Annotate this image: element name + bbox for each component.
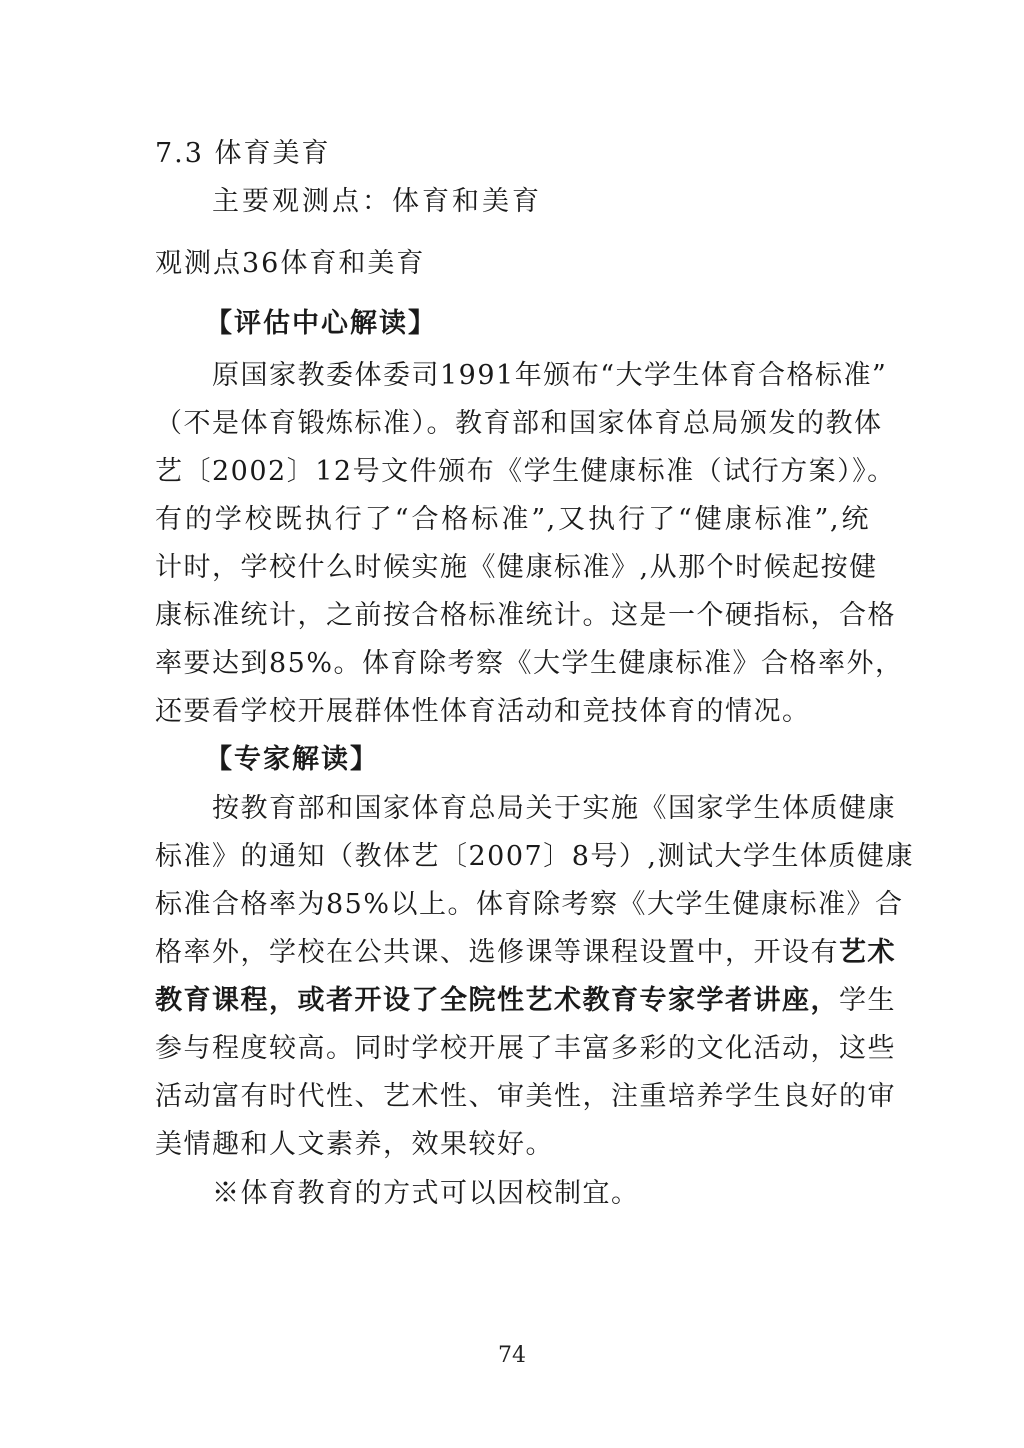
paragraph-line: 计时，学校什么时候实施《健康标准》,从那个时候起按健 xyxy=(155,544,870,592)
observation-point-title: 观测点36体育和美育 xyxy=(155,240,870,288)
expert-interpretation-title: 【专家解读】 xyxy=(205,736,920,784)
paragraph-line: 还要看学校开展群体性体育活动和竞技体育的情况。 xyxy=(155,688,870,736)
main-observation-point: 主要观测点：体育和美育 xyxy=(212,178,927,226)
normal-text: 学生 xyxy=(839,985,896,1016)
paragraph-line: 按教育部和国家体育总局关于实施《国家学生体质健康 xyxy=(212,785,870,833)
paragraph-line: 活动富有时代性、艺术性、审美性，注重培养学生良好的审 xyxy=(155,1073,870,1121)
paragraph-line: 格率外，学校在公共课、选修课等课程设置中，开设有艺术 xyxy=(155,929,870,977)
paragraph-line: （不是体育锻炼标准）。教育部和国家体育总局颁发的教体 xyxy=(155,400,870,448)
note-line: ※体育教育的方式可以因校制宜。 xyxy=(212,1170,870,1218)
paragraph-line: 标准合格率为85%以上。体育除考察《大学生健康标准》合 xyxy=(155,881,870,929)
normal-text: 格率外，学校在公共课、选修课等课程设置中，开设有 xyxy=(155,937,839,968)
paragraph-line: 有的学校既执行了“合格标准”,又执行了“健康标准”,统 xyxy=(155,496,870,544)
paragraph-line: 美情趣和人文素养，效果较好。 xyxy=(155,1121,870,1169)
section-heading: 7.3 体育美育 xyxy=(155,130,870,178)
paragraph-line: 康标准统计，之前按合格标准统计。这是一个硬指标，合格 xyxy=(155,592,870,640)
emphasized-text: 艺术 xyxy=(839,937,896,968)
page-number: 74 xyxy=(0,1343,1024,1368)
paragraph-line: 率要达到85%。体育除考察《大学生健康标准》合格率外， xyxy=(155,640,870,688)
center-interpretation-title: 【评估中心解读】 xyxy=(205,300,920,348)
paragraph-line: 原国家教委体委司1991年颁布“大学生体育合格标准” xyxy=(212,352,870,400)
document-page: 7.3 体育美育 主要观测点：体育和美育 观测点36体育和美育 【评估中心解读】… xyxy=(0,0,1024,1448)
paragraph-line: 艺〔2002〕12号文件颁布《学生健康标准（试行方案）》。 xyxy=(155,448,870,496)
paragraph-line: 标准》的通知（教体艺〔2007〕8号）,测试大学生体质健康 xyxy=(155,833,870,881)
paragraph-line: 参与程度较高。同时学校开展了丰富多彩的文化活动，这些 xyxy=(155,1025,870,1073)
paragraph-line: 教育课程，或者开设了全院性艺术教育专家学者讲座，学生 xyxy=(155,977,870,1025)
emphasized-text: 教育课程，或者开设了全院性艺术教育专家学者讲座， xyxy=(155,985,839,1016)
